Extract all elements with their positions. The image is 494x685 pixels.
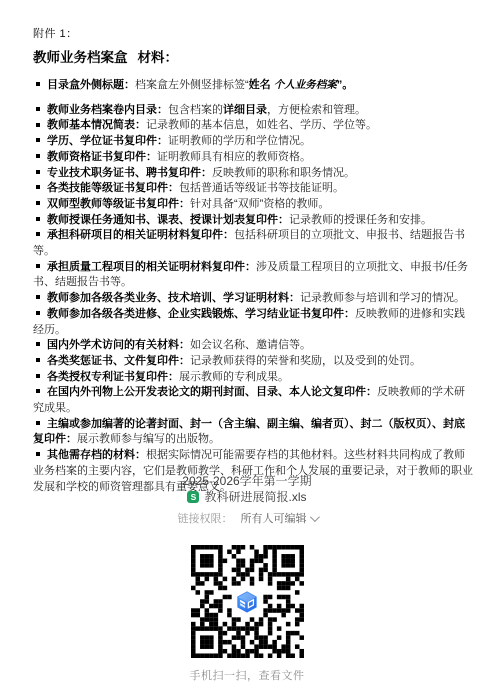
list-item: 教师参加各级各类进修、企业实践锻炼、学习结业证书复印件：反映教师的进修和实践经历… xyxy=(33,307,473,338)
file-title-line2: S 教科研进展简报.xls xyxy=(0,489,494,505)
page-title: 教师业务档案盒材料： xyxy=(33,49,473,67)
list-item-text: 目录盒外侧标题： xyxy=(47,79,135,91)
list-item-text: 国内外学术访问的有关材料： xyxy=(47,339,190,351)
list-item-text: 详细目录 xyxy=(223,104,267,116)
list-item: 在国内外刊物上公开发表论文的期刊封面、目录、本人论文复印件：反映教师的学术研究成… xyxy=(33,385,473,416)
bullet-icon xyxy=(36,123,40,127)
list-item-text: 承担科研项目的相关证明材料复印件： xyxy=(47,229,234,241)
bullet-icon xyxy=(36,421,40,425)
list-item: 教师资格证书复印件：证明教师具有相应的教师资格。 xyxy=(33,150,473,166)
list-item: 教师授课任务通知书、课表、授课计划表复印件：记录教师的授课任务和安排。 xyxy=(33,213,473,229)
attachment-label: 附件 1： xyxy=(33,27,473,42)
list-item-text: 各类奖惩证书、文件复印件： xyxy=(47,355,190,367)
bullet-icon xyxy=(36,342,40,346)
list-item-text: 包括普通话等级证书等技能证明。 xyxy=(179,182,344,194)
list-item: 主编或参加编著的论著封面、封一（含主编、副主编、编者页）、封二（版权页）、封底复… xyxy=(33,417,473,448)
list-item-text: 记录教师的基本信息，如姓名、学历、学位等。 xyxy=(146,119,377,131)
list-item: 国内外学术访问的有关材料：如会议名称、邀请信等。 xyxy=(33,338,473,354)
list-item-text: 档案盒左外侧竖排标签“ xyxy=(135,79,249,91)
bullet-icon xyxy=(36,374,40,378)
permission-label: 链接权限： xyxy=(178,513,233,525)
list-item-text: ”。 xyxy=(337,79,354,91)
qr-center-logo xyxy=(232,587,262,617)
qr-caption: 手机扫一扫，查看文件 xyxy=(0,667,494,683)
list-item-text: 承担质量工程项目的相关证明材料复印件： xyxy=(47,261,256,273)
list-item-text: 其他需存档的材料： xyxy=(47,449,146,461)
docs-cube-icon xyxy=(236,591,258,613)
chevron-down-icon[interactable] xyxy=(309,512,319,522)
bullet-icon xyxy=(36,138,40,142)
bullet-icon xyxy=(36,452,40,456)
list-item-text: ，方便检索和管理。 xyxy=(267,104,366,116)
list-item-text: 展示教师参与编写的出版物。 xyxy=(77,433,220,445)
list-item-text: 教师基本情况简表： xyxy=(47,119,146,131)
list-item: 各类奖惩证书、文件复印件：记录教师获得的荣誉和奖励，以及受到的处罚。 xyxy=(33,354,473,370)
list-item-text: 展示教师的专利成果。 xyxy=(179,371,289,383)
document-body: 附件 1： 教师业务档案盒材料： 目录盒外侧标题：档案盒左外侧竖排标签“姓名 个… xyxy=(33,27,473,495)
list-item: 学历、学位证书复印件：证明教师的学历和学位情况。 xyxy=(33,134,473,150)
list-item-text: 包含档案的 xyxy=(168,104,223,116)
list-item-text: 教师参加各级各类业务、技术培训、学习证明材料： xyxy=(47,292,300,304)
list-item-text: 如会议名称、邀请信等。 xyxy=(190,339,311,351)
list-item: 教师业务档案卷内目录：包含档案的详细目录，方便检索和管理。 xyxy=(33,103,473,119)
list-item-text: 证明教师的学历和学位情况。 xyxy=(168,135,311,147)
bullet-icon xyxy=(36,201,40,205)
list-item-text: 针对具备“双师”资格的教师。 xyxy=(190,198,329,210)
list-item-text: 学历、学位证书复印件： xyxy=(47,135,168,147)
bullet-icon xyxy=(36,295,40,299)
list-item-text: 各类授权专利证书复印件： xyxy=(47,371,179,383)
bullet-icon xyxy=(36,358,40,362)
list-item-text: 各类技能等级证书复印件： xyxy=(47,182,179,194)
list-item: 教师参加各级各类业务、技术培训、学习证明材料：记录教师参与培训和学习的情况。 xyxy=(33,291,473,307)
list-item-text: 专业技术职务证书、聘书复印件： xyxy=(47,167,212,179)
link-permission-row: 链接权限：所有人可编辑 xyxy=(0,512,494,526)
list-item-text: 姓名 xyxy=(249,79,274,91)
bullet-icon xyxy=(36,217,40,221)
list-item-text: 个人业务档案 xyxy=(274,79,337,91)
list-item: 承担科研项目的相关证明材料复印件：包括科研项目的立项批文、申报书、结题报告书等。 xyxy=(33,228,473,259)
permission-dropdown[interactable]: 所有人可编辑 xyxy=(241,513,307,525)
bullet-icon xyxy=(36,264,40,268)
list-item: 承担质量工程项目的相关证明材料复印件：涉及质量工程项目的立项批文、申报书/任务书… xyxy=(33,260,473,291)
document-page: 附件 1： 教师业务档案盒材料： 目录盒外侧标题：档案盒左外侧竖排标签“姓名 个… xyxy=(0,0,494,685)
qr-code xyxy=(191,545,304,658)
spreadsheet-icon: S xyxy=(187,491,199,503)
bullet-icon xyxy=(36,232,40,236)
file-share-card: 2025-2026学年第一学期 S 教科研进展简报.xls 链接权限：所有人可编… xyxy=(0,474,494,683)
list-item: 各类技能等级证书复印件：包括普通话等级证书等技能证明。 xyxy=(33,181,473,197)
bullet-icon xyxy=(36,389,40,393)
file-title-line1: 2025-2026学年第一学期 xyxy=(0,474,494,489)
list-item: 目录盒外侧标题：档案盒左外侧竖排标签“姓名 个人业务档案”。 xyxy=(33,78,473,94)
list-item-text: 记录教师获得的荣誉和奖励，以及受到的处罚。 xyxy=(190,355,421,367)
list-item-text: 记录教师参与培训和学习的情况。 xyxy=(300,292,465,304)
list-item-text: 教师参加各级各类进修、企业实践锻炼、学习结业证书复印件： xyxy=(47,308,355,320)
list-item: 各类授权专利证书复印件：展示教师的专利成果。 xyxy=(33,370,473,386)
bullet-icon xyxy=(36,107,40,111)
list-item-text: 教师资格证书复印件： xyxy=(47,151,157,163)
list-item-text: 反映教师的职称和职务情况。 xyxy=(212,167,355,179)
materials-list: 目录盒外侧标题：档案盒左外侧竖排标签“姓名 个人业务档案”。教师业务档案卷内目录… xyxy=(33,78,473,495)
bullet-icon xyxy=(36,82,40,86)
list-item-text: 教师授课任务通知书、课表、授课计划表复印件： xyxy=(47,214,289,226)
file-name: 教科研进展简报.xls xyxy=(204,489,306,505)
page-title-main: 教师业务档案盒 xyxy=(33,50,128,65)
bullet-icon xyxy=(36,311,40,315)
list-item-text: 在国内外刊物上公开发表论文的期刊封面、目录、本人论文复印件： xyxy=(47,386,377,398)
bullet-icon xyxy=(36,185,40,189)
bullet-icon xyxy=(36,170,40,174)
list-item-text: 证明教师具有相应的教师资格。 xyxy=(157,151,311,163)
list-item: 双师型教师等级证书复印件：针对具备“双师”资格的教师。 xyxy=(33,197,473,213)
page-title-sub: 材料： xyxy=(138,50,179,65)
list-item: 教师基本情况简表：记录教师的基本信息，如姓名、学历、学位等。 xyxy=(33,118,473,134)
list-item-text: 教师业务档案卷内目录： xyxy=(47,104,168,116)
bullet-icon xyxy=(36,154,40,158)
list-item-text: 记录教师的授课任务和安排。 xyxy=(289,214,432,226)
list-item: 专业技术职务证书、聘书复印件：反映教师的职称和职务情况。 xyxy=(33,166,473,182)
list-item-text: 双师型教师等级证书复印件： xyxy=(47,198,190,210)
